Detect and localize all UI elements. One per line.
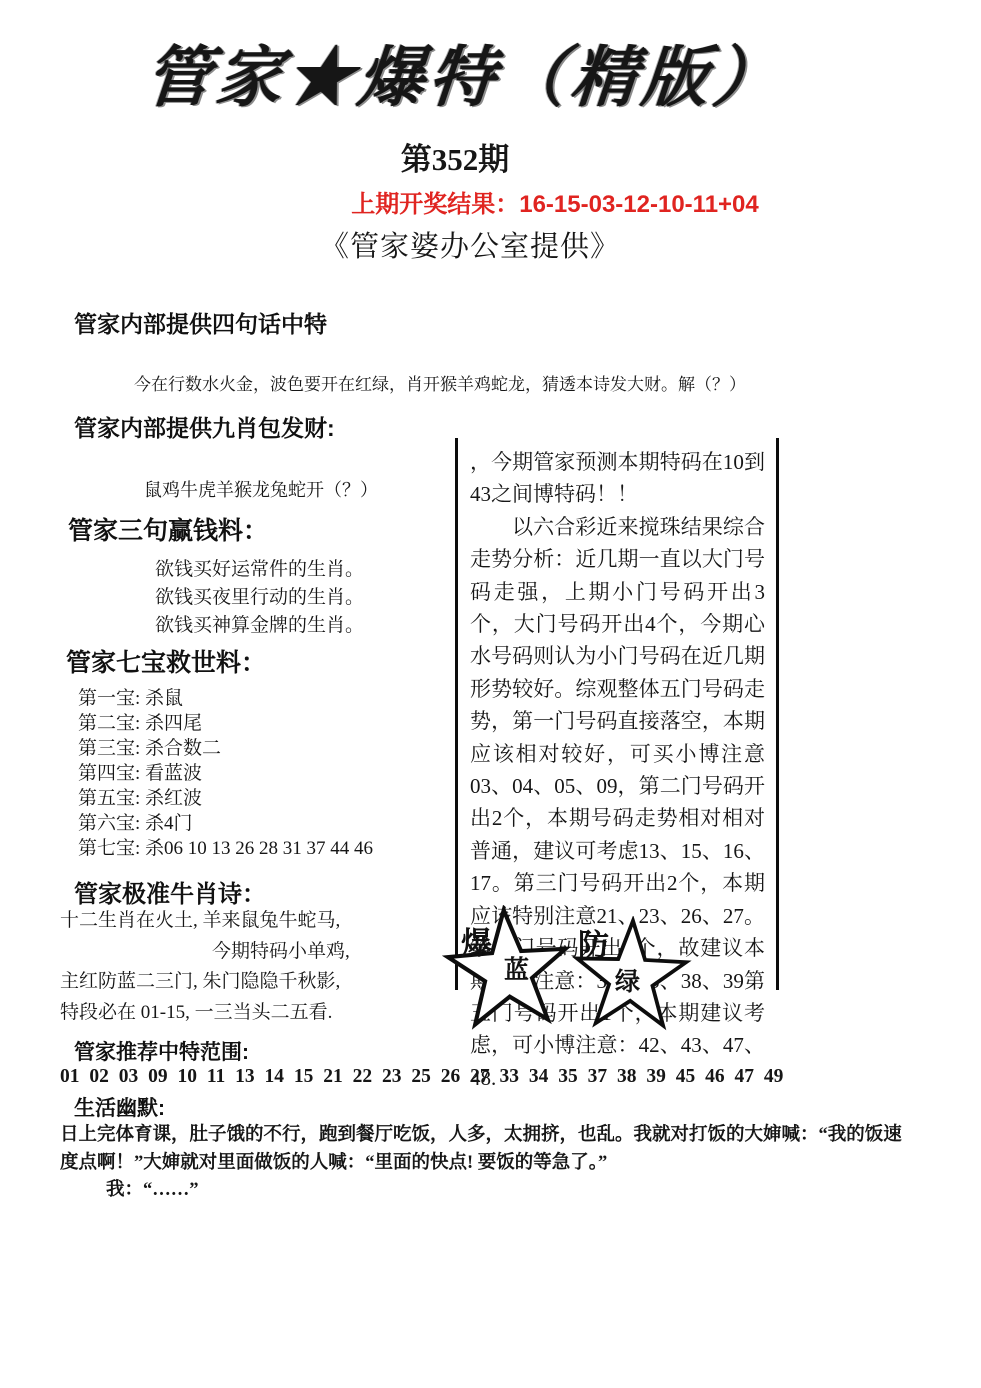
star-blue-label: 蓝	[504, 950, 529, 986]
humor-text: 日上完体育课，肚子饿的不行，跑到餐厅吃饭，人多，太拥挤，也乱。我就对打饭的大婶喊…	[60, 1122, 930, 1205]
treasure-item: 第四宝: 看蓝波	[78, 761, 373, 786]
three-sentence-list: 欲钱买好运常件的生肖。 欲钱买夜里行动的生肖。 欲钱买神算金牌的生肖。	[155, 556, 364, 640]
three-sentence-line: 欲钱买夜里行动的生肖。	[155, 584, 364, 612]
treasure-item: 第三宝: 杀合数二	[78, 736, 373, 761]
last-draw-result: 上期开奖结果：16-15-03-12-10-11+04	[130, 184, 980, 219]
four-sentence-verse: 今在行数水火金，波色要开在红绿，肖开猴羊鸡蛇龙，猜透本诗发大财。解（？）	[134, 370, 746, 395]
heading-nine-xiao: 管家内部提供九肖包发财:	[74, 410, 335, 443]
treasure-item: 第一宝: 杀鼠	[78, 686, 373, 711]
ox-poem-line: 十二生肖在火土, 羊来鼠兔牛蛇马,	[60, 905, 340, 932]
humor-line: 度点啊！”大婶就对里面做饭的人喊：“里面的快点! 要饭的等急了。”	[60, 1150, 930, 1178]
heading-four-sentence: 管家内部提供四句话中特	[74, 306, 327, 339]
range-numbers: 01 02 03 09 10 11 13 14 15 21 22 23 25 2…	[60, 1066, 783, 1088]
heading-humor: 生活幽默:	[74, 1092, 165, 1122]
treasure-item: 第六宝: 杀4门	[78, 811, 373, 836]
issue-number: 第352期	[0, 134, 910, 179]
provider-line: 《管家婆办公室提供》	[0, 224, 940, 265]
lottery-tip-sheet: 管家★爆特（精版） 第352期 上期开奖结果：16-15-03-12-10-11…	[0, 0, 981, 1388]
ox-poem-line: 今期特码小单鸡,	[212, 936, 350, 963]
treasure-item: 第七宝: 杀06 10 13 26 28 31 37 44 46	[78, 836, 373, 861]
humor-line: 日上完体育课，肚子饿的不行，跑到餐厅吃饭，人多，太拥挤，也乱。我就对打饭的大婶喊…	[60, 1122, 930, 1150]
three-sentence-line: 欲钱买神算金牌的生肖。	[155, 612, 364, 640]
treasure-item: 第五宝: 杀红波	[78, 786, 373, 811]
star-green-label: 绿	[615, 962, 640, 998]
treasure-item: 第二宝: 杀四尾	[78, 711, 373, 736]
heading-three-sentence: 管家三句赢钱料：	[68, 511, 268, 547]
nine-xiao-line: 鼠鸡牛虎羊猴龙兔蛇开（？）	[144, 476, 378, 502]
last-draw-numbers: 16-15-03-12-10-11+04	[519, 191, 759, 218]
seven-treasures-list: 第一宝: 杀鼠 第二宝: 杀四尾 第三宝: 杀合数二 第四宝: 看蓝波 第五宝:…	[78, 686, 373, 861]
page-title: 管家★爆特（精版）	[0, 24, 934, 119]
humor-line: 我：“……”	[60, 1177, 930, 1205]
star-burst-label: 爆	[461, 918, 492, 963]
heading-range: 管家推荐中特范围:	[74, 1036, 249, 1066]
analysis-paragraph-1: ，今期管家预测本期特码在10到43之间博特码！！	[470, 446, 765, 511]
heading-ox-poem: 管家极准牛肖诗：	[74, 874, 266, 909]
ox-poem-line: 主红防蓝二三门, 朱门隐隐千秋影,	[60, 966, 340, 993]
heading-seven-treasures: 管家七宝救世料：	[66, 643, 266, 679]
three-sentence-line: 欲钱买好运常件的生肖。	[155, 556, 364, 584]
last-draw-label: 上期开奖结果：	[351, 191, 519, 218]
star-guard-label: 防	[578, 920, 609, 965]
ox-poem-line: 特段必在 01-15, 一三当头二五看.	[60, 997, 332, 1024]
